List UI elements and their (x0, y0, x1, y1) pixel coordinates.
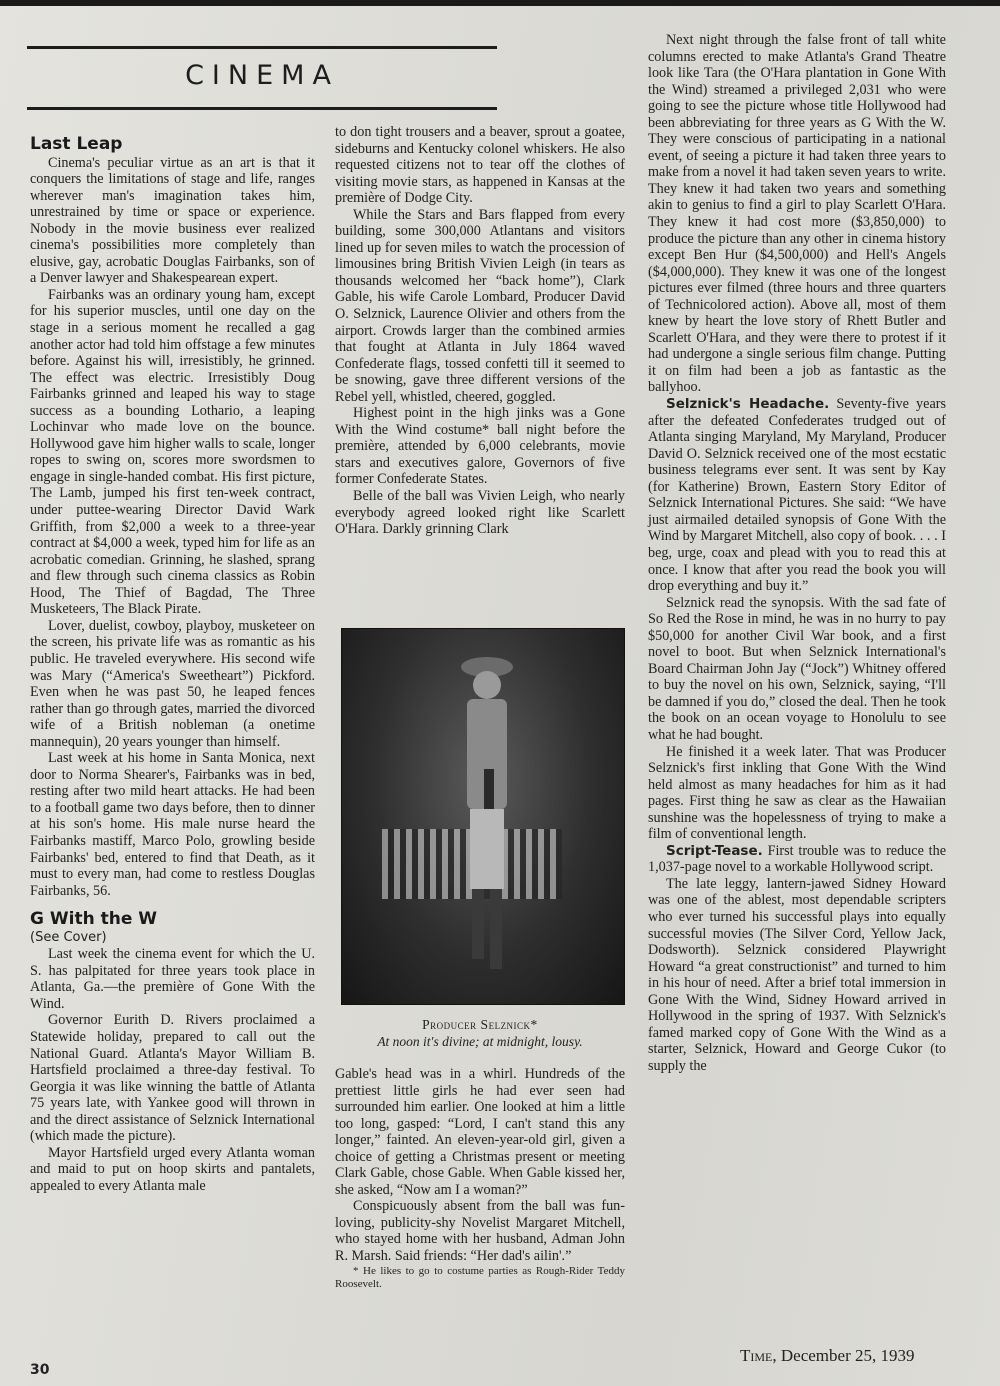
column-3: Next night through the false front of ta… (648, 32, 946, 1074)
footnote: * He likes to go to costume parties as R… (335, 1265, 625, 1291)
headline-g-with-the-w: G With the W (30, 911, 315, 928)
headline-last-leap: Last Leap (30, 136, 315, 153)
paragraph: Selznick read the synopsis. With the sad… (648, 595, 946, 744)
paragraph: Cinema's peculiar virtue as an art is th… (30, 155, 315, 287)
paragraph: While the Stars and Bars flapped from ev… (335, 207, 625, 406)
magazine-page: CINEMA Last Leap Cinema's peculiar virtu… (0, 6, 1000, 1386)
paragraph: Script-Tease. First trouble was to reduc… (648, 843, 946, 876)
paragraph: The late leggy, lantern-jawed Sidney How… (648, 876, 946, 1075)
header-rule-bottom (27, 107, 497, 110)
caption-title: Producer Selznick* (330, 1016, 630, 1033)
runin-heading-script-tease: Script-Tease. (666, 843, 763, 859)
section-title: CINEMA (27, 60, 497, 91)
column-2-top: to don tight trousers and a beaver, spro… (335, 124, 625, 538)
issue-date: , December 25, 1939 (772, 1346, 914, 1365)
paragraph-text: Seventy-five years after the defeated Co… (648, 396, 946, 594)
paragraph: Highest point in the high jinks was a Go… (335, 405, 625, 488)
paragraph: Conspicuously absent from the ball was f… (335, 1198, 625, 1264)
paragraph: Belle of the ball was Vivien Leigh, who … (335, 488, 625, 538)
paragraph: Last week at his home in Santa Monica, n… (30, 750, 315, 899)
column-2-bottom: Gable's head was in a whirl. Hundreds of… (335, 1066, 625, 1291)
paragraph: He finished it a week later. That was Pr… (648, 744, 946, 843)
column-1: Last Leap Cinema's peculiar virtue as an… (30, 136, 315, 1194)
page-number: 30 (30, 1362, 49, 1378)
paragraph: Governor Eurith D. Rivers proclaimed a S… (30, 1012, 315, 1144)
paragraph: Last week the cinema event for which the… (30, 946, 315, 1012)
paragraph: to don tight trousers and a beaver, spro… (335, 124, 625, 207)
paragraph: Lover, duelist, cowboy, playboy, muskete… (30, 618, 315, 750)
paragraph: Mayor Hartsfield urged every Atlanta wom… (30, 1145, 315, 1195)
photo-producer-selznick (341, 628, 625, 1005)
header-rule-top (27, 46, 497, 49)
subhead-see-cover: (See Cover) (30, 930, 315, 947)
issue-dateline: Time, December 25, 1939 (740, 1346, 914, 1366)
magazine-name: Time (740, 1346, 772, 1365)
photo-caption: Producer Selznick* At noon it's divine; … (330, 1016, 630, 1050)
runin-heading-selznicks-headache: Selznick's Headache. (666, 396, 829, 412)
paragraph: Fairbanks was an ordinary young ham, exc… (30, 287, 315, 618)
paragraph: Selznick's Headache. Seventy-five years … (648, 396, 946, 595)
paragraph: Next night through the false front of ta… (648, 32, 946, 396)
paragraph: Gable's head was in a whirl. Hundreds of… (335, 1066, 625, 1198)
caption-text: At noon it's divine; at midnight, lousy. (377, 1034, 582, 1049)
costumed-man-figure (452, 649, 522, 979)
